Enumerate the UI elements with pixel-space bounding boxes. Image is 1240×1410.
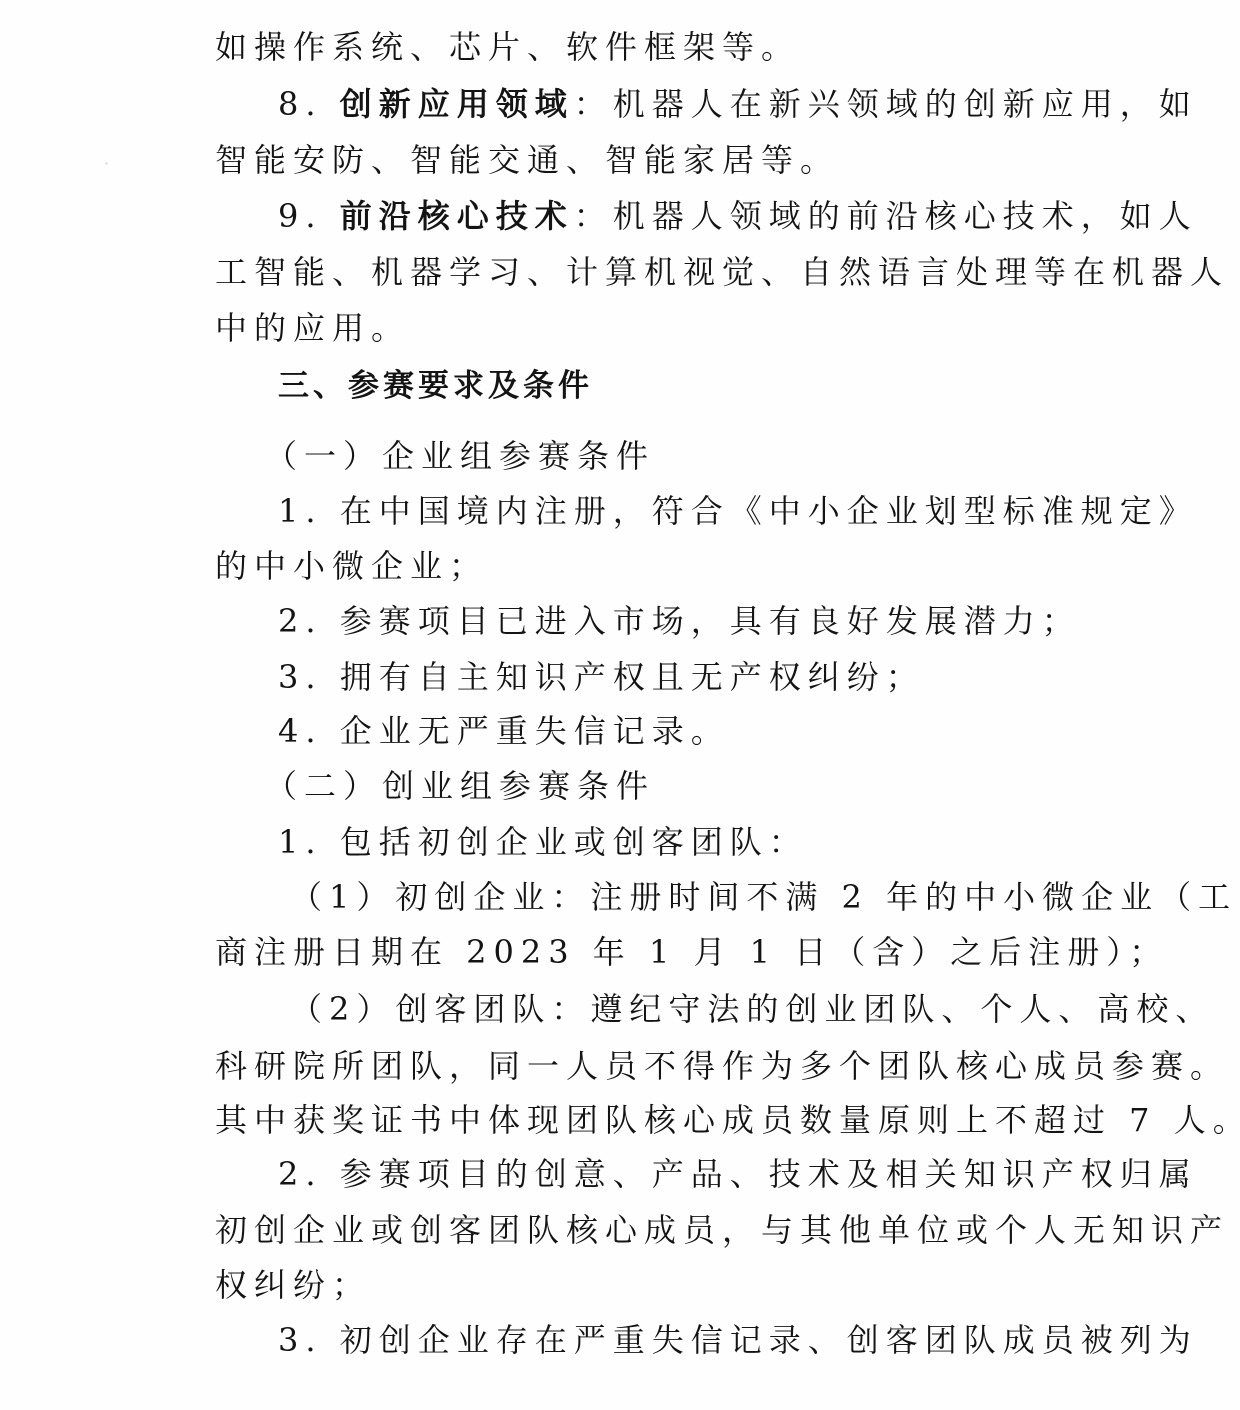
subsection-heading: （二）创业组参赛条件 <box>265 764 1075 808</box>
item-text: ：机器人领域的前沿核心技术，如人 <box>574 197 1198 235</box>
list-item: 2. 参赛项目已进入市场，具有良好发展潜力； <box>278 599 1088 643</box>
paragraph-line: 如操作系统、芯片、软件框架等。 <box>215 25 1025 69</box>
list-item: 3. 初创企业存在严重失信记录、创客团队成员被列为 <box>278 1318 1088 1362</box>
sub-item: （2）创客团队：遵纪守法的创业团队、个人、高校、 <box>290 987 1100 1031</box>
list-item-8: 8. 创新应用领域：机器人在新兴领域的创新应用，如 <box>278 82 1088 126</box>
list-item: 2. 参赛项目的创意、产品、技术及相关知识产权归属 <box>278 1152 1088 1196</box>
paragraph-line: 权纠纷； <box>215 1263 1025 1307</box>
list-item: 1. 在中国境内注册，符合《中小企业划型标准规定》 <box>278 489 1088 533</box>
item-number: 9. <box>278 197 323 235</box>
paragraph-line: 中的应用。 <box>215 306 1025 350</box>
item-text: ：机器人在新兴领域的创新应用，如 <box>574 85 1198 123</box>
list-item-9: 9. 前沿核心技术：机器人领域的前沿核心技术，如人 <box>278 194 1088 238</box>
list-item: 4. 企业无严重失信记录。 <box>278 709 1088 753</box>
item-term: 创新应用领域 <box>340 85 574 123</box>
document-page: 如操作系统、芯片、软件框架等。 8. 创新应用领域：机器人在新兴领域的创新应用，… <box>0 0 1240 1410</box>
paragraph-line: 初创企业或创客团队核心成员，与其他单位或个人无知识产 <box>215 1208 1025 1252</box>
scan-speck <box>105 162 108 165</box>
section-heading: 三、参赛要求及条件 <box>278 364 1088 408</box>
paragraph-line: 商注册日期在 2023 年 1 月 1 日（含）之后注册）； <box>215 930 1025 974</box>
paragraph-line: 科研院所团队，同一人员不得作为多个团队核心成员参赛。 <box>215 1044 1025 1088</box>
paragraph-line: 其中获奖证书中体现团队核心成员数量原则上不超过 7 人。 <box>215 1098 1025 1142</box>
subsection-heading: （一）企业组参赛条件 <box>265 434 1075 478</box>
paragraph-line: 智能安防、智能交通、智能家居等。 <box>215 138 1025 182</box>
paragraph-line: 的中小微企业； <box>215 544 1025 588</box>
list-item: 3. 拥有自主知识产权且无产权纠纷； <box>278 655 1088 699</box>
item-number: 8. <box>278 85 323 123</box>
sub-item: （1）初创企业：注册时间不满 2 年的中小微企业（工 <box>290 875 1100 919</box>
item-term: 前沿核心技术 <box>340 197 574 235</box>
paragraph-line: 工智能、机器学习、计算机视觉、自然语言处理等在机器人 <box>215 250 1025 294</box>
list-item: 1. 包括初创企业或创客团队： <box>278 820 1088 864</box>
